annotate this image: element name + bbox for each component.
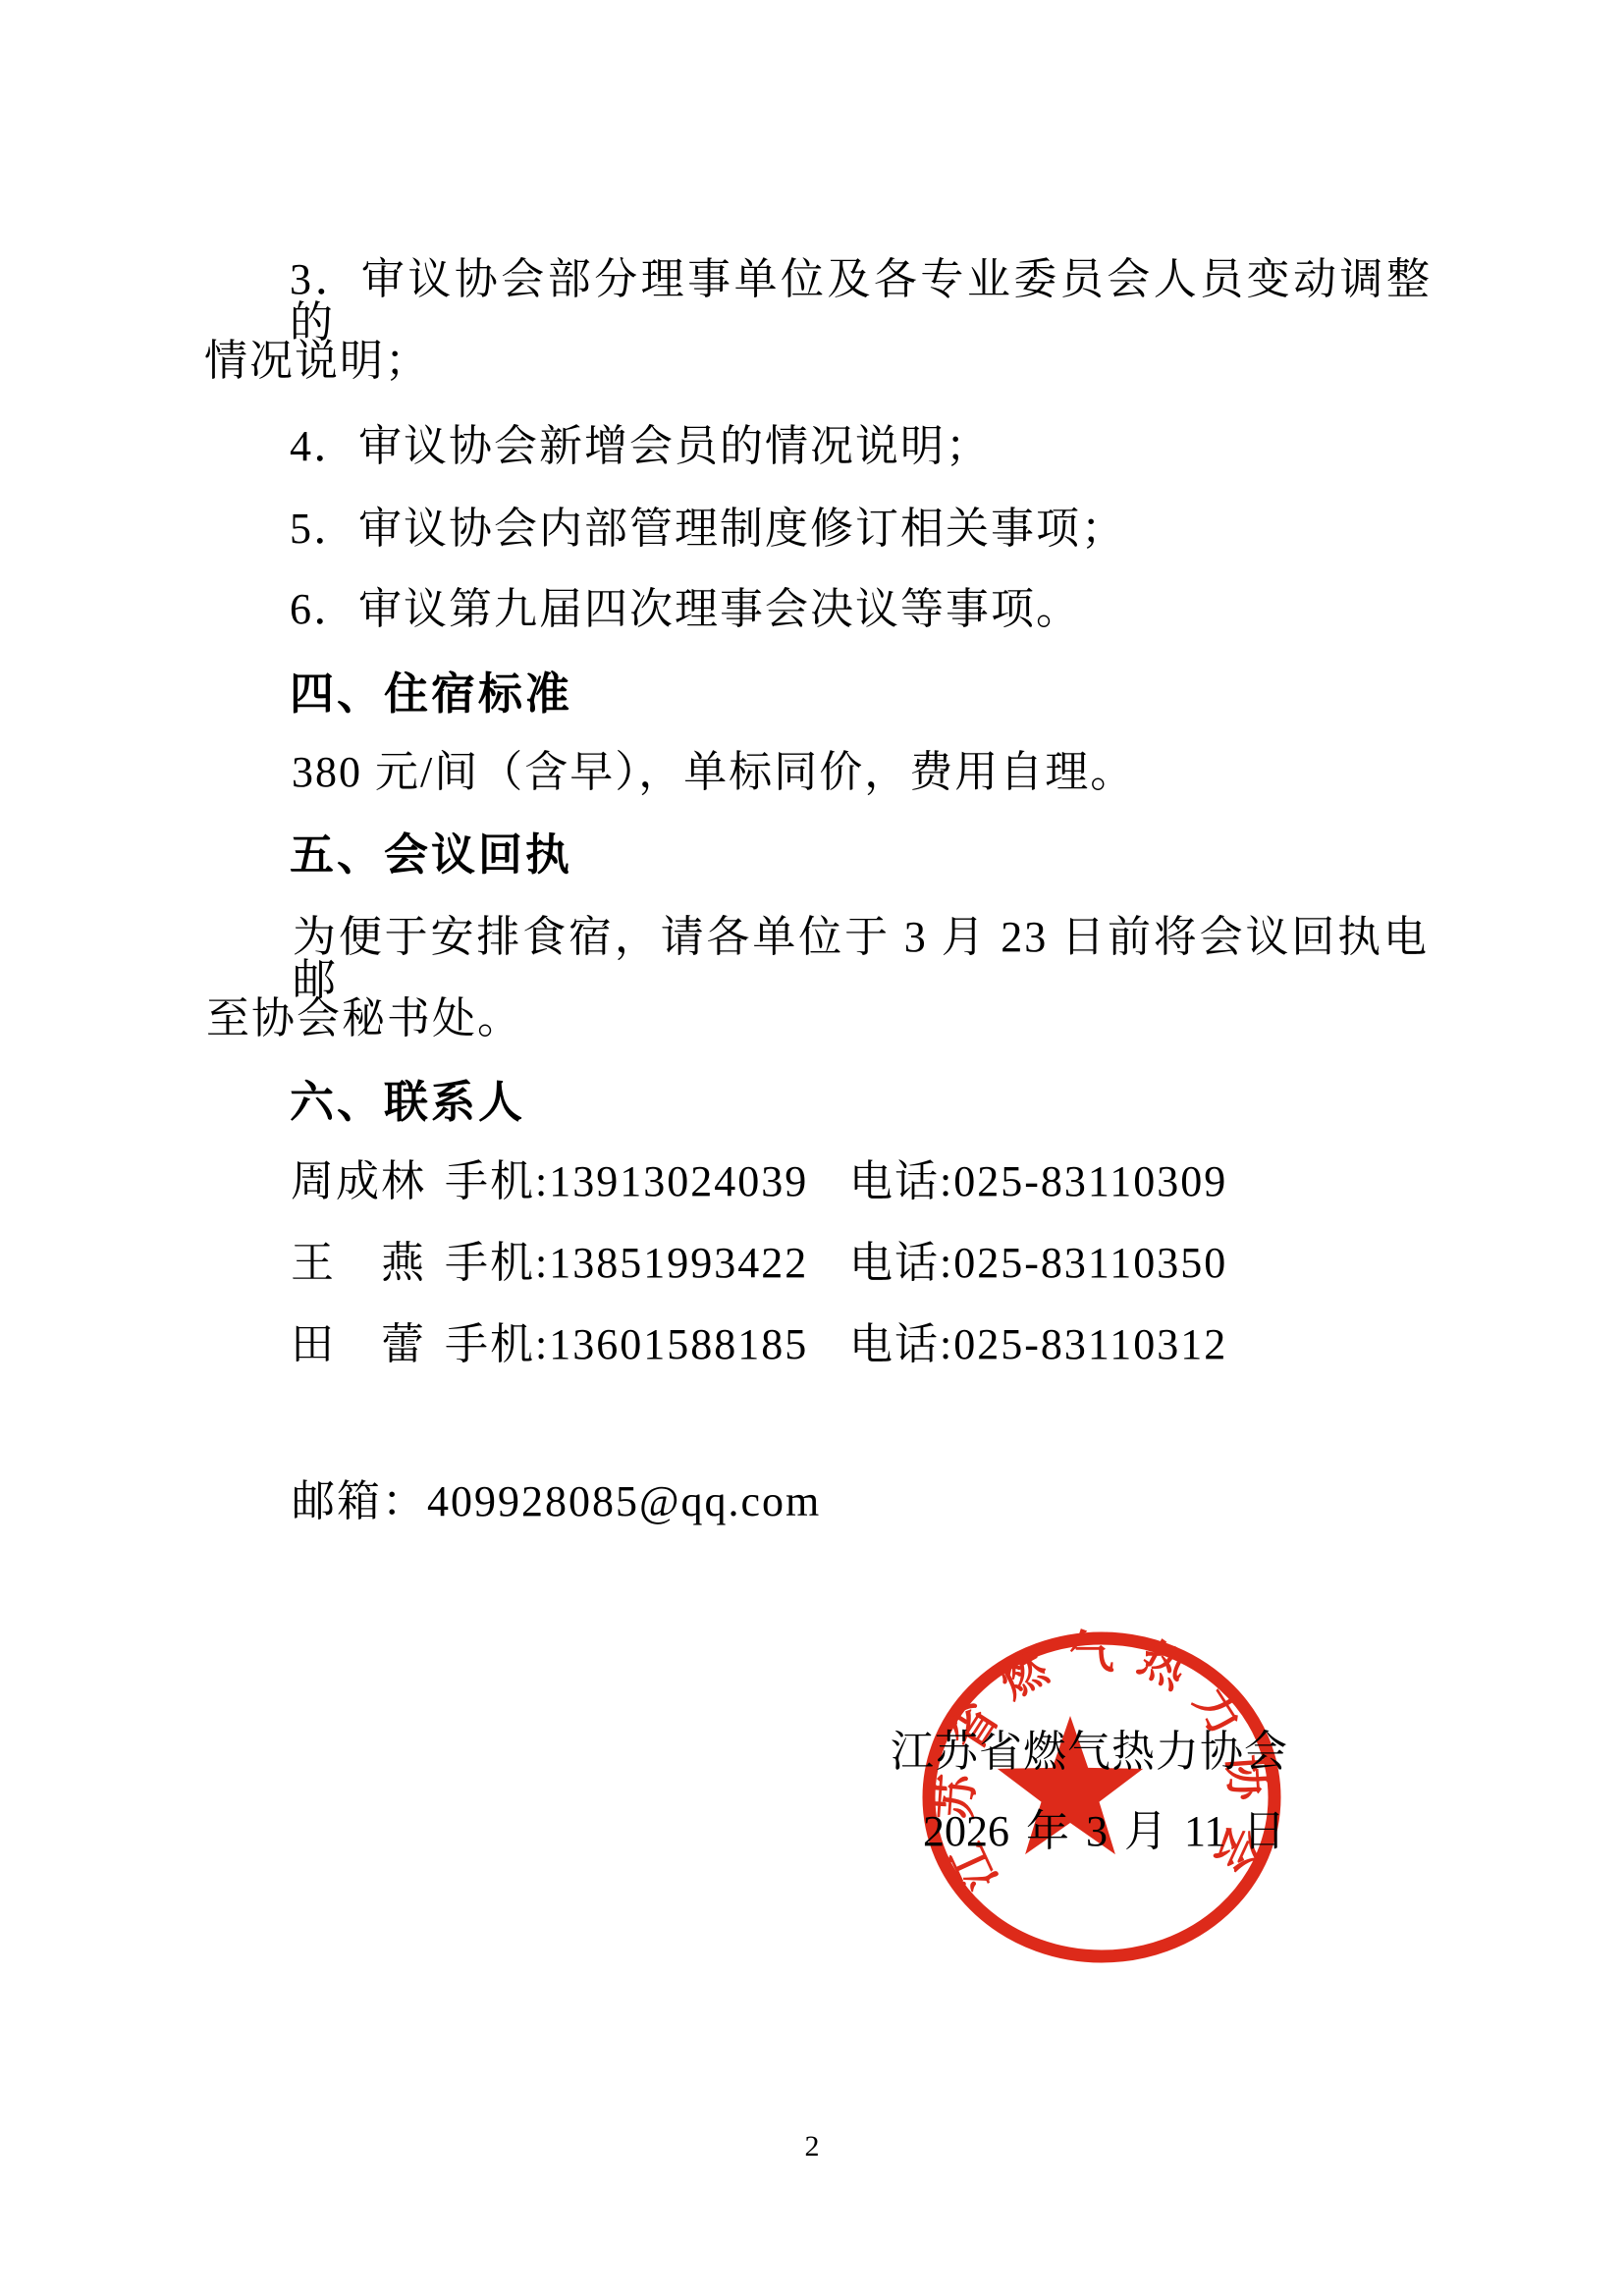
contact-row: 王 燕 手机:13851993422 电话:025-83110350 [291,1242,1272,1287]
contact-phone: 电话:025-83110309 [849,1160,1227,1203]
agenda-item-3-line-1: 3．审议协会部分理事单位及各专业委员会人员变动调整的 [290,258,1432,345]
signature-org-name: 江苏省燃气热力协会 [891,1731,1288,1774]
page-number: 2 [763,2132,861,2162]
agenda-item-4: 4．审议协会新增会员的情况说明； [290,425,991,468]
email-line: 邮箱：409928085@qq.com [292,1480,821,1523]
contact-mobile: 手机:13601588185 [445,1323,808,1366]
contact-row: 周成林 手机:13913024039 电话:025-83110309 [291,1160,1272,1205]
section-title-contacts: 六、联系人 [290,1080,525,1124]
contact-mobile: 手机:13851993422 [445,1242,808,1285]
official-seal-stamp: 江苏省燃气热力协会 [905,1601,1298,1994]
contact-phone: 电话:025-83110312 [849,1323,1227,1366]
contact-mobile: 手机:13913024039 [445,1160,808,1203]
agenda-item-6: 6．审议第九届四次理事会决议等事项。 [290,588,1081,631]
reply-instruction-line-2: 至协会秘书处。 [206,997,522,1041]
contact-name: 周成林 [291,1160,426,1203]
section-title-reply: 五、会议回执 [290,832,572,877]
document-page: 3．审议协会部分理事单位及各专业委员会人员变动调整的 情况说明； 4．审议协会新… [0,0,1624,2296]
contact-name: 田 蕾 [291,1323,426,1366]
contact-phone: 电话:025-83110350 [849,1242,1227,1285]
section-title-accommodation: 四、住宿标准 [290,671,572,716]
agenda-item-5: 5．审议协会内部管理制度修订相关事项； [290,507,1126,551]
reply-instruction-line-1: 为便于安排食宿，请各单位于 3 月 23 日前将会议回执电邮 [293,916,1429,1002]
agenda-item-3-line-2: 情况说明； [204,340,430,383]
signature-date: 2026 年 3 月 11 日 [923,1810,1285,1853]
contact-row: 田 蕾 手机:13601588185 电话:025-83110312 [291,1323,1272,1368]
lodging-price-line: 380 元/间（含早），单标同价，费用自理。 [292,751,1135,794]
contact-name: 王 燕 [291,1242,426,1285]
